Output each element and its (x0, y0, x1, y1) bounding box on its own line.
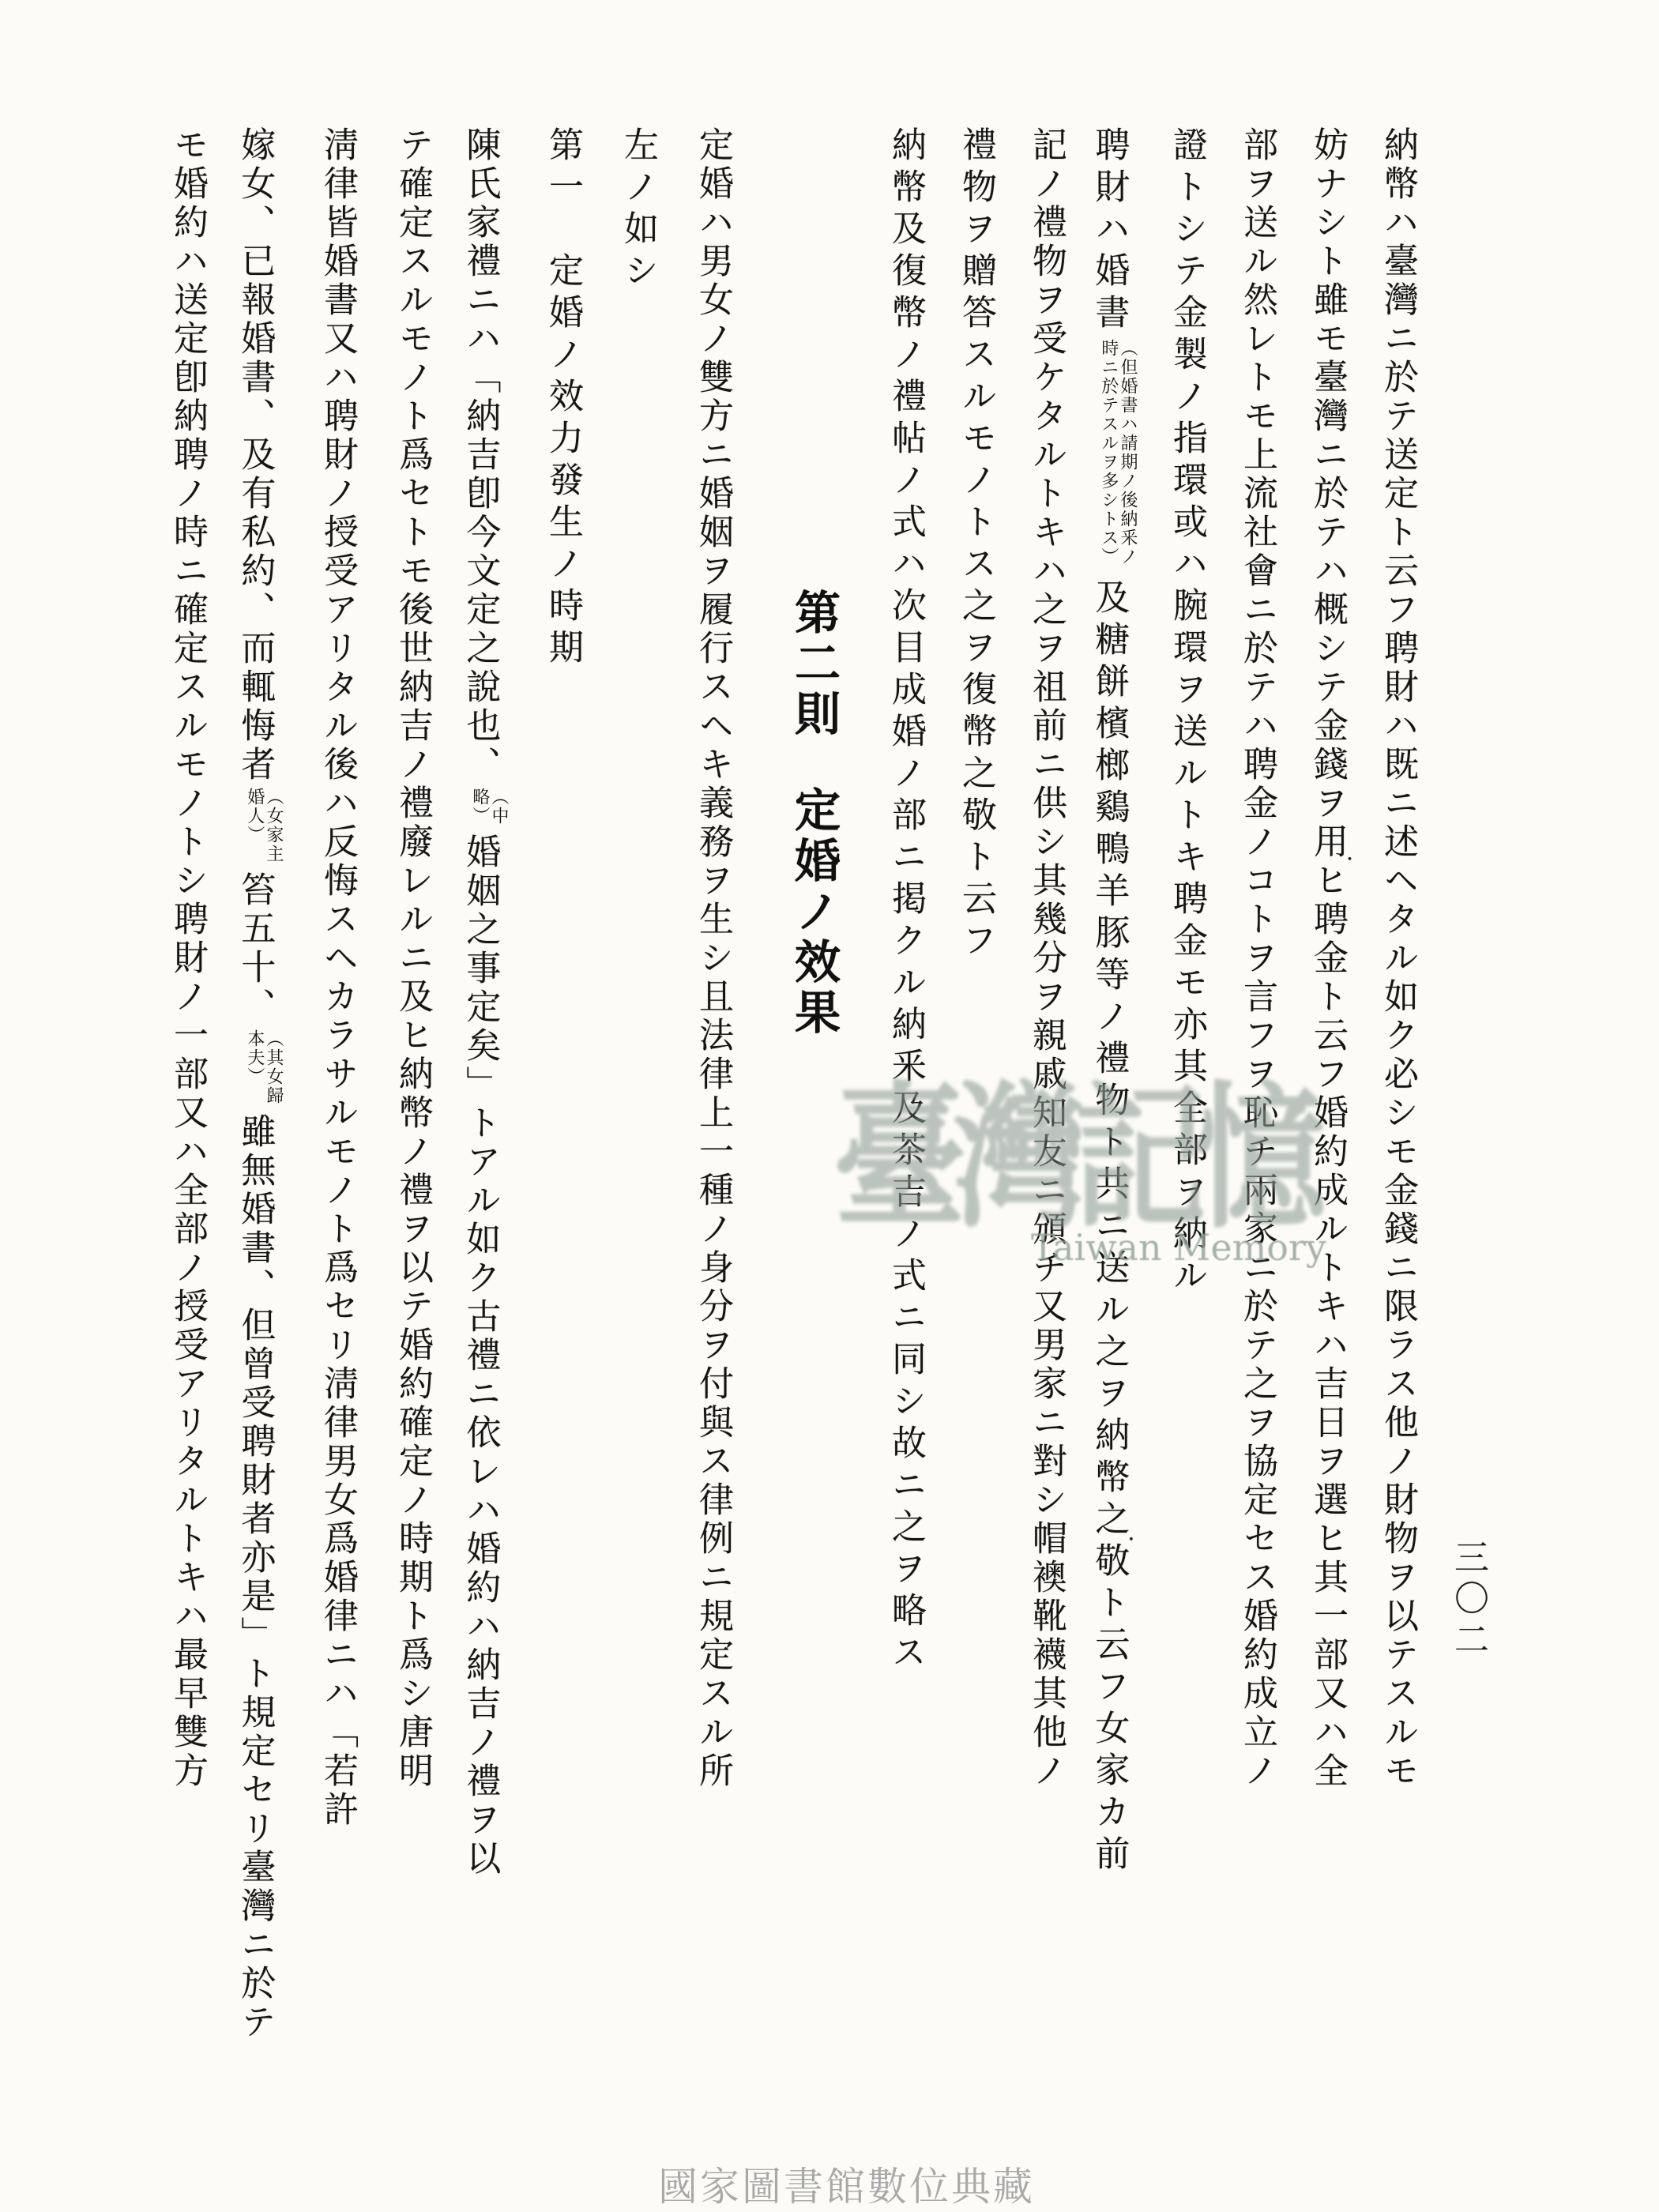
column-07: 禮物ヲ贈答スルモノトス之ヲ復幣之敬ト云フ (952, 126, 996, 2204)
column-02: 妨ナシト雖モ臺灣ニ於テハ概シテ金錢ヲ用・ヒ聘金ト云フ婚約成ルトキハ吉日ヲ選ヒ其一… (1303, 126, 1348, 2204)
column-01: 納幣ハ臺灣ニ於テ送定ト云フ聘財ハ既ニ述ヘタル如ク必シモ金錢ニ限ラス他ノ財物ヲ以テ… (1374, 126, 1418, 2204)
column-14: 淸律皆婚書又ハ聘財ノ授受アリタル後ハ反悔スヘカラサルモノト爲セリ淸律男女爲婚律ニ… (314, 126, 358, 2204)
column-06: 記ノ禮物ヲ受ケタルトキハ之ヲ祖前ニ供シ其幾分ヲ親戚知友ニ頒チ又男家ニ對シ帽襖靴襪… (1022, 126, 1066, 2204)
column-05: 聘財ハ婚書（但婚書ハ請期ノ後納釆ノ時ニ於テスルヲ多シトス）及糖餅檳榔鷄鴨羊豚等ノ… (1093, 126, 1137, 2204)
page-number: 三〇二 (1443, 1539, 1493, 1662)
column-08: 納幣及復幣ノ禮帖ノ式ハ次目成婚ノ部ニ掲クル納釆及茶吉ノ式ニ同シ故ニ之ヲ略ス (882, 126, 926, 2204)
scanned-document-page: 納幣ハ臺灣ニ於テ送定ト云フ聘財ハ既ニ述ヘタル如ク必シモ金錢ニ限ラス他ノ財物ヲ以テ… (0, 0, 1659, 2212)
warichu-note: （其女歸本夫） (245, 1029, 283, 1110)
column-10: 左ノ如シ (614, 126, 658, 2204)
warichu-note: （但婚書ハ請期ノ後納釆ノ時ニ於テスルヲ多シトス） (1099, 339, 1137, 576)
warichu-note: （中略） (470, 788, 508, 830)
section-heading-number: 第二則 (787, 589, 841, 740)
column-12: 陳氏家禮ニハ「納吉卽今文定之說也、（中略）婚姻之事定矣」トアル如ク古禮ニ依レハ婚… (464, 126, 508, 2204)
column-03: 部ヲ送ル然レトモ上流社會ニ於テハ聘金ノコトヲ言フヲ恥チ兩家ニ於テ之ヲ協定セス婚約… (1233, 126, 1277, 2204)
column-15: 嫁女、已報婚書、及有私約、而輒悔者（女家主婚人）笞五十、（其女歸本夫）雖無婚書、… (239, 126, 283, 2204)
column-04: 證トシテ金製ノ指環或ハ腕環ヲ送ルトキ聘金モ亦其全部ヲ納ル (1163, 126, 1207, 2204)
column-11: 第一 定婚ノ效力發生ノ時期 (539, 126, 583, 2204)
section-heading: 第二則定婚ノ效果 (781, 589, 847, 1039)
column-16: モ婚約ハ送定卽納聘ノ時ニ確定スルモノトシ聘財ノ一部又ハ全部ノ授受アリタルトキハ最… (164, 126, 208, 2204)
column-13: テ確定スルモノト爲セトモ後世納吉ノ禮廢レルニ及ヒ納幣ノ禮ヲ以テ婚約確定ノ時期ト爲… (389, 126, 433, 2204)
column-09: 定婚ハ男女ノ雙方ニ婚姻ヲ履行スヘキ義務ヲ生シ且法律上一種ノ身分ヲ付與ス律例ニ規定… (689, 126, 733, 2204)
warichu-note: （女家主婚人） (245, 788, 283, 868)
footer-caption: 國家圖書館數位典藏 (658, 2155, 1035, 2212)
section-heading-title: 定婚ノ效果 (787, 786, 841, 1039)
